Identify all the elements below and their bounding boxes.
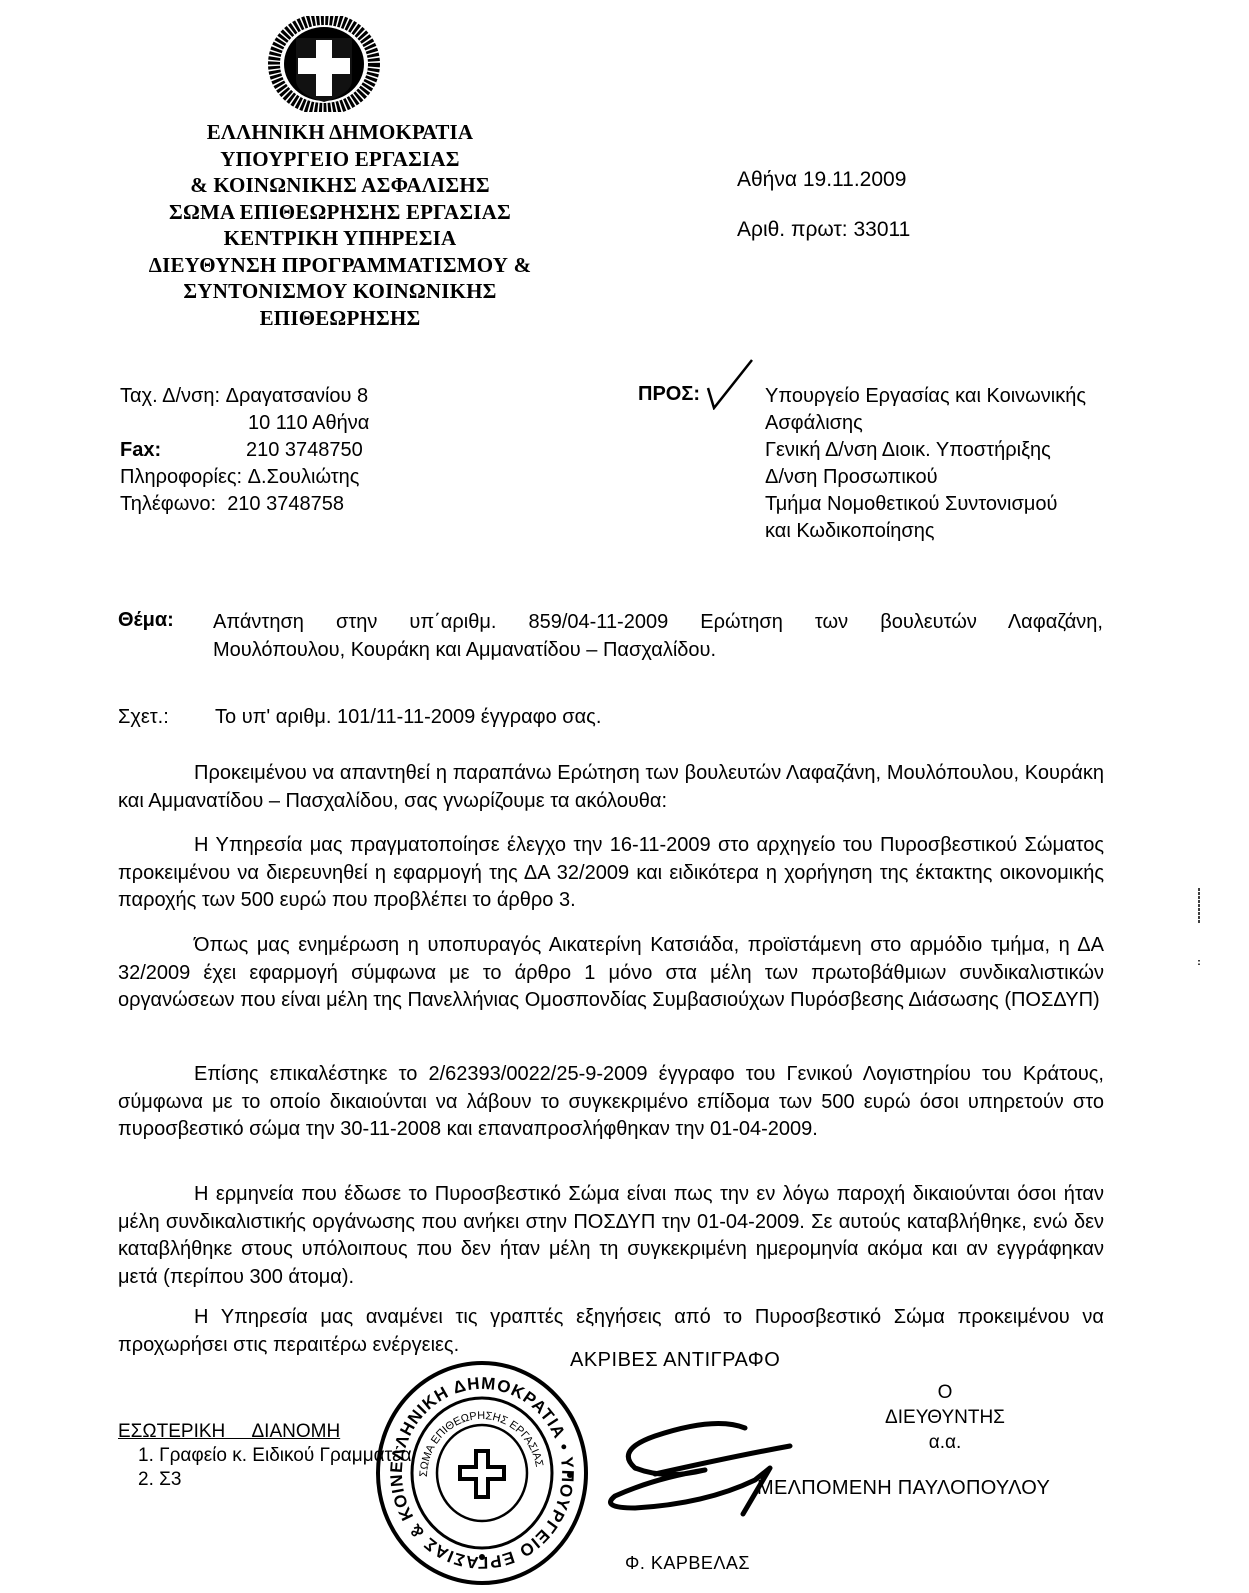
letterhead-line: ΕΛΛΗΝΙΚΗ ΔΗΜΟΚΡΑΤΙΑ <box>120 119 560 146</box>
official-seal-stamp-icon: ΕΛΛΗΝΙΚΗ ΔΗΜΟΚΡΑΤΙΑ • ΥΠΟΥΡΓΕΙΟ ΕΡΓΑΣΙΑΣ… <box>372 1357 592 1589</box>
subject-line-1: Απάντηση στην υπ΄αριθμ. 859/04-11-2009 Ε… <box>213 609 1103 637</box>
body-paragraph: Προκειμένου να απαντηθεί η παραπάνω Ερώτ… <box>118 760 1104 815</box>
recipient-line: και Κωδικοποίησης <box>765 518 1086 545</box>
body-paragraph: Η Υπηρεσία μας πραγματοποίησε έλεγχο την… <box>118 832 1104 915</box>
recipient-line: Τμήμα Νομοθετικού Συντονισμού <box>765 491 1086 518</box>
subject-text: Απάντηση στην υπ΄αριθμ. 859/04-11-2009 Ε… <box>213 609 1103 664</box>
subject-line-2: Μουλόπουλου, Κουράκη και Αμμανατίδου – Π… <box>213 637 1103 665</box>
distribution-item: 2. Σ3 <box>118 1468 412 1492</box>
phone-label: Τηλέφωνο: <box>120 491 216 518</box>
distribution-title: ΕΣΩΤΕΡΙΚΗ ΔΙΑΝΟΜΗ <box>118 1420 412 1444</box>
body-paragraph: Όπως μας ενημέρωση η υποπυραγός Αικατερί… <box>118 932 1104 1015</box>
copy-signer-name: Φ. ΚΑΡΒΕΛΑΣ <box>625 1553 750 1574</box>
address-line-1: Δραγατσανίου 8 <box>226 383 369 410</box>
info-contact: Δ.Σουλιώτης <box>248 464 360 491</box>
body-paragraph: Επίσης επικαλέστηκε το 2/62393/0022/25-9… <box>118 1061 1104 1144</box>
letterhead-line: ΚΕΝΤΡΙΚΗ ΥΠΗΡΕΣΙΑ <box>120 225 560 252</box>
letterhead-line: & ΚΟΙΝΩΝΙΚΗΣ ΑΣΦΑΛΙΣΗΣ <box>120 172 560 199</box>
date-protocol-block: Αθήνα 19.11.2009 Αριθ. πρωτ: 33011 <box>737 168 910 268</box>
recipient-address: Υπουργείο Εργασίας και Κοινωνικής Ασφάλι… <box>765 383 1086 545</box>
director-title: ΔΙΕΥΘΥΝΤΗΣ <box>840 1405 1050 1430</box>
recipient-line: Υπουργείο Εργασίας και Κοινωνικής <box>765 383 1086 410</box>
letterhead-line: ΔΙΕΥΘΥΝΣΗ ΠΡΟΓΡΑΜΜΑΤΙΣΜΟΥ & <box>120 252 560 279</box>
reference-label: Σχετ.: <box>118 706 169 729</box>
place-date: Αθήνα 19.11.2009 <box>737 168 910 218</box>
distribution-item: 1. Γραφείο κ. Ειδικού Γραμματέα <box>118 1444 412 1468</box>
letterhead-line: ΕΠΙΘΕΩΡΗΣΗΣ <box>120 305 560 332</box>
exact-copy-label: ΑΚΡΙΒΕΣ ΑΝΤΙΓΡΑΦΟ <box>570 1349 780 1372</box>
greek-coat-of-arms-icon <box>268 16 380 112</box>
fax-number: 210 3748750 <box>246 437 363 464</box>
recipient-line: Δ/νση Προσωπικού <box>765 464 1086 491</box>
phone-number: 210 3748758 <box>227 491 344 518</box>
reference-text: Το υπ' αριθμ. 101/11-11-2009 έγγραφο σας… <box>215 706 601 729</box>
recipient-line: Γενική Δ/νση Διοικ. Υποστήριξης <box>765 437 1086 464</box>
director-article: Ο <box>840 1380 1050 1405</box>
body-paragraph: Η ερμηνεία που έδωσε το Πυροσβεστικό Σώμ… <box>118 1181 1104 1291</box>
scan-margin-marks <box>1195 888 1203 968</box>
info-label: Πληροφορίες: <box>120 464 242 491</box>
letterhead-line: ΣΩΜΑ ΕΠΙΘΕΩΡΗΣΗΣ ΕΡΓΑΣΙΑΣ <box>120 199 560 226</box>
recipient-label: ΠΡΟΣ: <box>638 383 700 406</box>
recipient-line: Ασφάλισης <box>765 410 1086 437</box>
sender-info: Ταχ. Δ/νση: Δραγατσανίου 8 10 110 Αθήνα … <box>120 383 369 518</box>
director-aa: α.α. <box>840 1430 1050 1455</box>
checkmark-icon <box>700 358 760 410</box>
internal-distribution: ΕΣΩΤΕΡΙΚΗ ΔΙΑΝΟΜΗ 1. Γραφείο κ. Ειδικού … <box>118 1420 412 1492</box>
handwritten-signature <box>595 1418 835 1518</box>
subject-label: Θέμα: <box>118 609 174 632</box>
letterhead: ΕΛΛΗΝΙΚΗ ΔΗΜΟΚΡΑΤΙΑ ΥΠΟΥΡΓΕΙΟ ΕΡΓΑΣΙΑΣ &… <box>120 119 560 331</box>
letterhead-line: ΣΥΝΤΟΝΙΣΜΟΥ ΚΟΙΝΩΝΙΚΗΣ <box>120 278 560 305</box>
address-line-2: 10 110 Αθήνα <box>120 410 369 437</box>
protocol-number: Αριθ. πρωτ: 33011 <box>737 218 910 268</box>
fax-label: Fax: <box>120 437 246 464</box>
letterhead-line: ΥΠΟΥΡΓΕΙΟ ΕΡΓΑΣΙΑΣ <box>120 146 560 173</box>
address-label: Ταχ. Δ/νση: <box>120 383 220 410</box>
director-block: Ο ΔΙΕΥΘΥΝΤΗΣ α.α. <box>840 1380 1050 1455</box>
